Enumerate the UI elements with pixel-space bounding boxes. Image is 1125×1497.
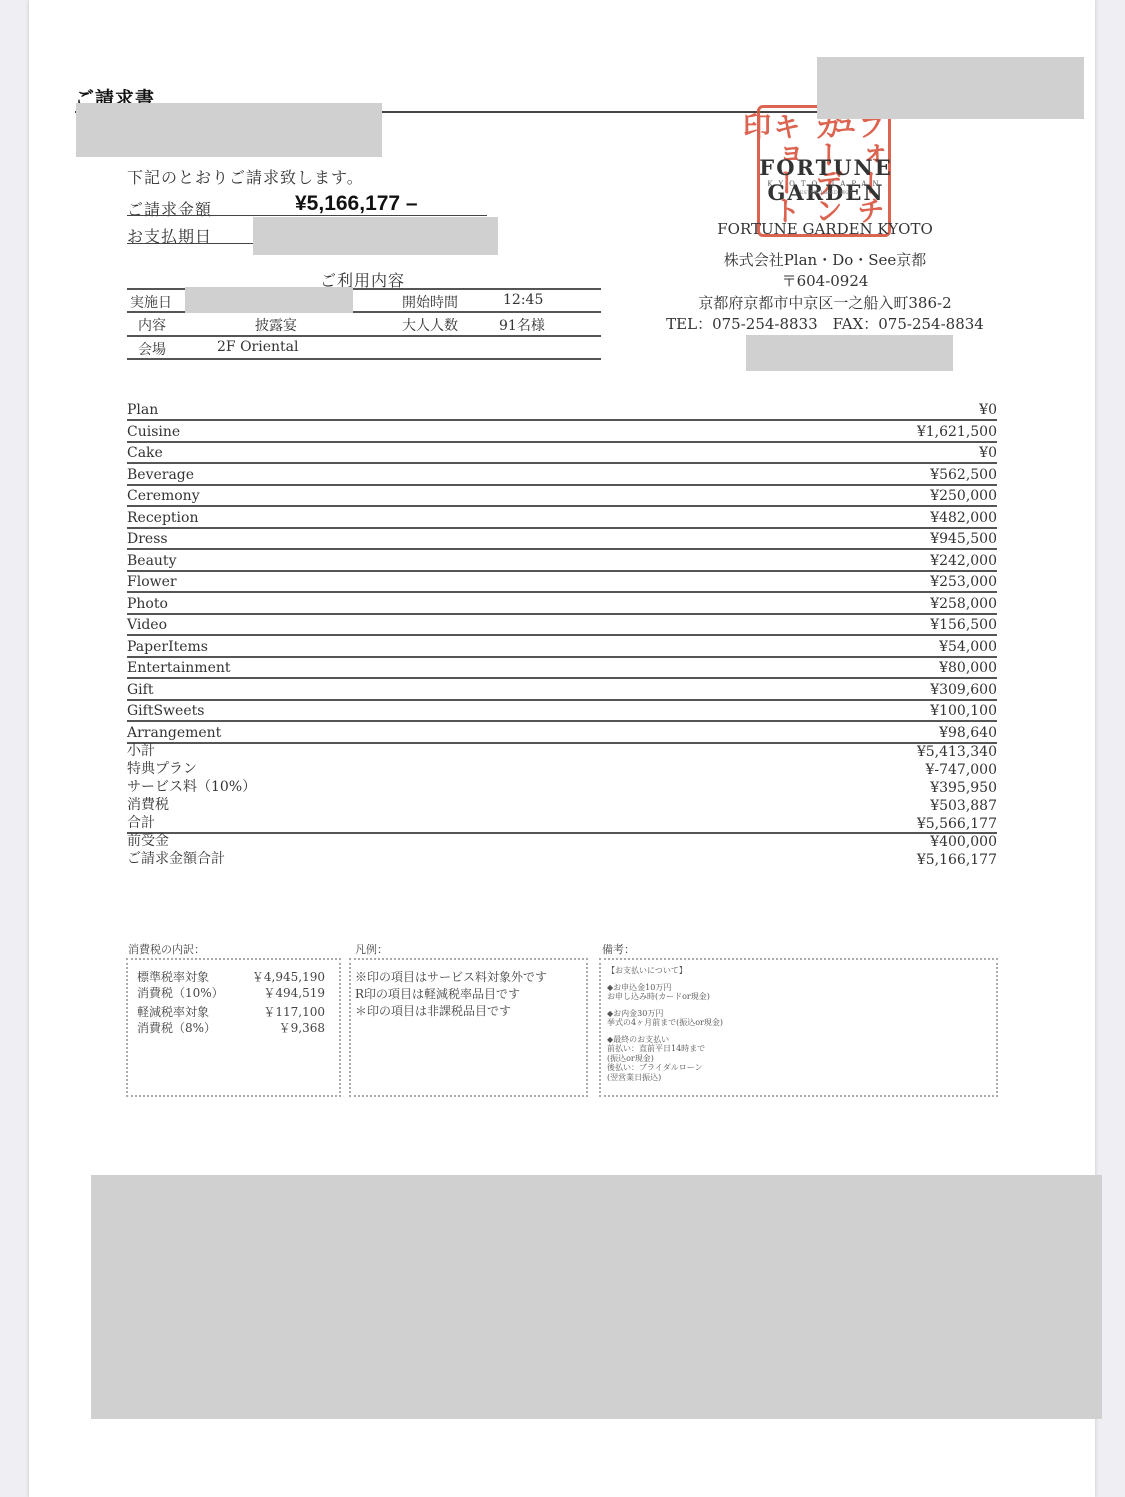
summary-label: ご請求金額合計	[127, 848, 225, 868]
usage-label-date: 実施日	[130, 292, 172, 312]
line-item-row: Reception¥482,000	[127, 506, 997, 529]
line-item-amount: ¥80,000	[939, 660, 997, 676]
line-item-row: Beverage¥562,500	[127, 463, 997, 486]
usage-value-guests: 91名様	[499, 315, 545, 335]
line-item-label: Dress	[127, 531, 168, 547]
line-item-row: Ceremony¥250,000	[127, 484, 997, 507]
line-item-label: GiftSweets	[127, 703, 204, 719]
summary-label: サービス料（10%）	[127, 776, 256, 796]
line-item-row: Beauty¥242,000	[127, 549, 997, 572]
summary-amount: ¥400,000	[930, 834, 997, 850]
line-item-label: Photo	[127, 596, 168, 612]
amount-value: ¥5,166,177 –	[295, 192, 418, 216]
tax-breakdown-box: 標準税率対象 ￥4,945,190 消費税（10%） ￥494,519 軽減税率…	[126, 958, 341, 1097]
line-item-row: Entertainment¥80,000	[127, 656, 997, 679]
line-item-label: Flower	[127, 574, 177, 590]
summary-row: 消費税¥503,887	[127, 796, 997, 814]
line-item-label: Gift	[127, 682, 153, 698]
summary-row: サービス料（10%）¥395,950	[127, 778, 997, 796]
line-item-row: Plan¥0	[127, 398, 997, 421]
line-item-label: Cake	[127, 445, 163, 461]
tax-label: 軽減税率対象	[137, 1003, 209, 1020]
company-phone-fax: TEL：075-254-8833 FAX：075-254-8834	[640, 313, 1010, 334]
line-item-label: Ceremony	[127, 488, 200, 504]
company-name-en: FORTUNE GARDEN KYOTO	[640, 220, 1010, 238]
usage-value-venue: 2F Oriental	[217, 339, 298, 355]
summary-amount: ¥395,950	[930, 780, 997, 796]
line-item-row: Cake¥0	[127, 441, 997, 464]
line-item-amount: ¥54,000	[939, 639, 997, 655]
remarks-line: 【お支払いについて】	[607, 966, 687, 976]
remarks-line: ◆最終のお支払い	[607, 1035, 669, 1045]
summary-amount: ¥503,887	[930, 798, 997, 814]
amount-label: ご請求金額	[127, 197, 212, 220]
remarks-line: 挙式の4ヶ月前まで(振込or現金)	[607, 1018, 723, 1028]
remarks-line: ◆お申込金10万円	[607, 983, 671, 993]
line-item-row: Arrangement¥98,640	[127, 721, 997, 744]
line-item-label: Beauty	[127, 553, 176, 569]
line-item-row: PaperItems¥54,000	[127, 635, 997, 658]
line-item-row: Flower¥253,000	[127, 570, 997, 593]
line-item-amount: ¥0	[979, 402, 997, 418]
brand-subtitle: KYOTO JAPAN	[720, 180, 932, 188]
usage-label-venue: 会場	[138, 339, 166, 359]
line-item-amount: ¥250,000	[930, 488, 997, 504]
line-item-row: Photo¥258,000	[127, 592, 997, 615]
remarks-box: 【お支払いについて】◆お申込金10万円お申し込み時(カードor現金)◆お内金30…	[599, 958, 998, 1097]
summary-amount: ¥5,413,340	[917, 744, 997, 760]
usage-label-start-time: 開始時間	[402, 292, 458, 312]
line-item-amount: ¥98,640	[939, 725, 997, 741]
line-item-row: Video¥156,500	[127, 613, 997, 636]
redacted-event-date	[185, 287, 353, 313]
summary-label: 前受金	[127, 830, 169, 850]
legend-box: ※印の項目はサービス料対象外です R印の項目は軽減税率品目です ＊印の項目は非課…	[349, 958, 588, 1097]
remarks-line: 前払い：直前平日14時まで	[607, 1044, 705, 1054]
usage-value-content: 披露宴	[255, 315, 297, 335]
line-item-row: GiftSweets¥100,100	[127, 699, 997, 722]
line-item-amount: ¥156,500	[930, 617, 997, 633]
usage-label-guests: 大人人数	[402, 315, 458, 335]
brand-established: ESTABLISHED 1927	[720, 190, 932, 196]
line-item-amount: ¥0	[979, 445, 997, 461]
line-item-amount: ¥309,600	[930, 682, 997, 698]
summary-label: 小計	[127, 740, 155, 760]
line-item-label: Reception	[127, 510, 198, 526]
summary-amount: ¥-747,000	[925, 762, 997, 778]
summary-label: 合計	[127, 812, 155, 832]
tax-label: 標準税率対象	[137, 968, 209, 985]
company-postcode: 〒604-0924	[640, 270, 1010, 291]
legend-line: ＊印の項目は非課税品目です	[355, 1002, 511, 1019]
summary-amount: ¥5,166,177	[917, 852, 997, 868]
remarks-line: (振込or現金)	[607, 1054, 654, 1064]
redacted-due-date	[253, 217, 498, 255]
due-date-underline	[127, 243, 257, 244]
usage-rule	[127, 358, 601, 360]
summary-row: 前受金¥400,000	[127, 832, 997, 850]
remarks-line: (翌営業日振込)	[607, 1073, 661, 1083]
summary-amount: ¥5,566,177	[917, 816, 997, 832]
legend-line: R印の項目は軽減税率品目です	[355, 985, 520, 1002]
line-item-amount: ¥253,000	[930, 574, 997, 590]
amount-underline	[127, 215, 487, 216]
remarks-line: ◆お内金30万円	[607, 1009, 663, 1019]
tax-value: ￥117,100	[263, 1003, 325, 1020]
tax-breakdown-title: 消費税の内訳：	[128, 941, 205, 957]
line-item-amount: ¥100,100	[930, 703, 997, 719]
summary-label: 消費税	[127, 794, 169, 814]
line-item-label: Plan	[127, 402, 158, 418]
remarks-line: 後払い：ブライダルローン	[607, 1063, 703, 1073]
summary-row: 合計¥5,566,177	[127, 814, 997, 834]
line-item-amount: ¥242,000	[930, 553, 997, 569]
line-item-label: Entertainment	[127, 660, 231, 676]
line-item-row: Gift¥309,600	[127, 678, 997, 701]
redacted-contact	[746, 335, 953, 371]
company-name-jp: 株式会社Plan・Do・See京都	[640, 249, 1010, 270]
summary-row: 特典プラン¥-747,000	[127, 760, 997, 778]
line-item-row: Cuisine¥1,621,500	[127, 420, 997, 443]
line-item-label: Cuisine	[127, 424, 180, 440]
usage-label-content: 内容	[138, 315, 166, 335]
usage-rule	[127, 335, 601, 337]
line-item-label: Beverage	[127, 467, 194, 483]
line-item-amount: ¥258,000	[930, 596, 997, 612]
remarks-line: お申し込み時(カードor現金)	[607, 992, 710, 1002]
line-item-label: Video	[127, 617, 167, 633]
tax-value: ￥494,519	[263, 984, 325, 1001]
redacted-header-info-overlay	[817, 57, 1084, 119]
usage-value-start-time: 12:45	[503, 292, 543, 308]
line-item-amount: ¥1,621,500	[917, 424, 997, 440]
tax-value: ￥9,368	[279, 1019, 325, 1036]
redacted-recipient	[76, 103, 382, 157]
tax-label: 消費税（10%）	[137, 984, 224, 1001]
line-item-row: Dress¥945,500	[127, 527, 997, 550]
legend-line: ※印の項目はサービス料対象外です	[355, 968, 547, 985]
tax-label: 消費税（8%）	[137, 1019, 216, 1036]
redacted-footer-section	[91, 1175, 1102, 1419]
remarks-title: 備考：	[602, 941, 635, 957]
intro-text: 下記のとおりご請求致します。	[127, 165, 364, 188]
company-address: 京都府京都市中京区一之船入町386-2	[640, 292, 1010, 313]
line-item-label: Arrangement	[127, 725, 221, 741]
line-item-amount: ¥945,500	[930, 531, 997, 547]
line-item-amount: ¥482,000	[930, 510, 997, 526]
line-item-label: PaperItems	[127, 639, 208, 655]
summary-label: 特典プラン	[127, 758, 197, 778]
line-item-amount: ¥562,500	[930, 467, 997, 483]
legend-title: 凡例：	[355, 941, 388, 957]
summary-row: ご請求金額合計¥5,166,177	[127, 850, 997, 868]
summary-row: 小計¥5,413,340	[127, 742, 997, 760]
tax-value: ￥4,945,190	[252, 968, 325, 985]
